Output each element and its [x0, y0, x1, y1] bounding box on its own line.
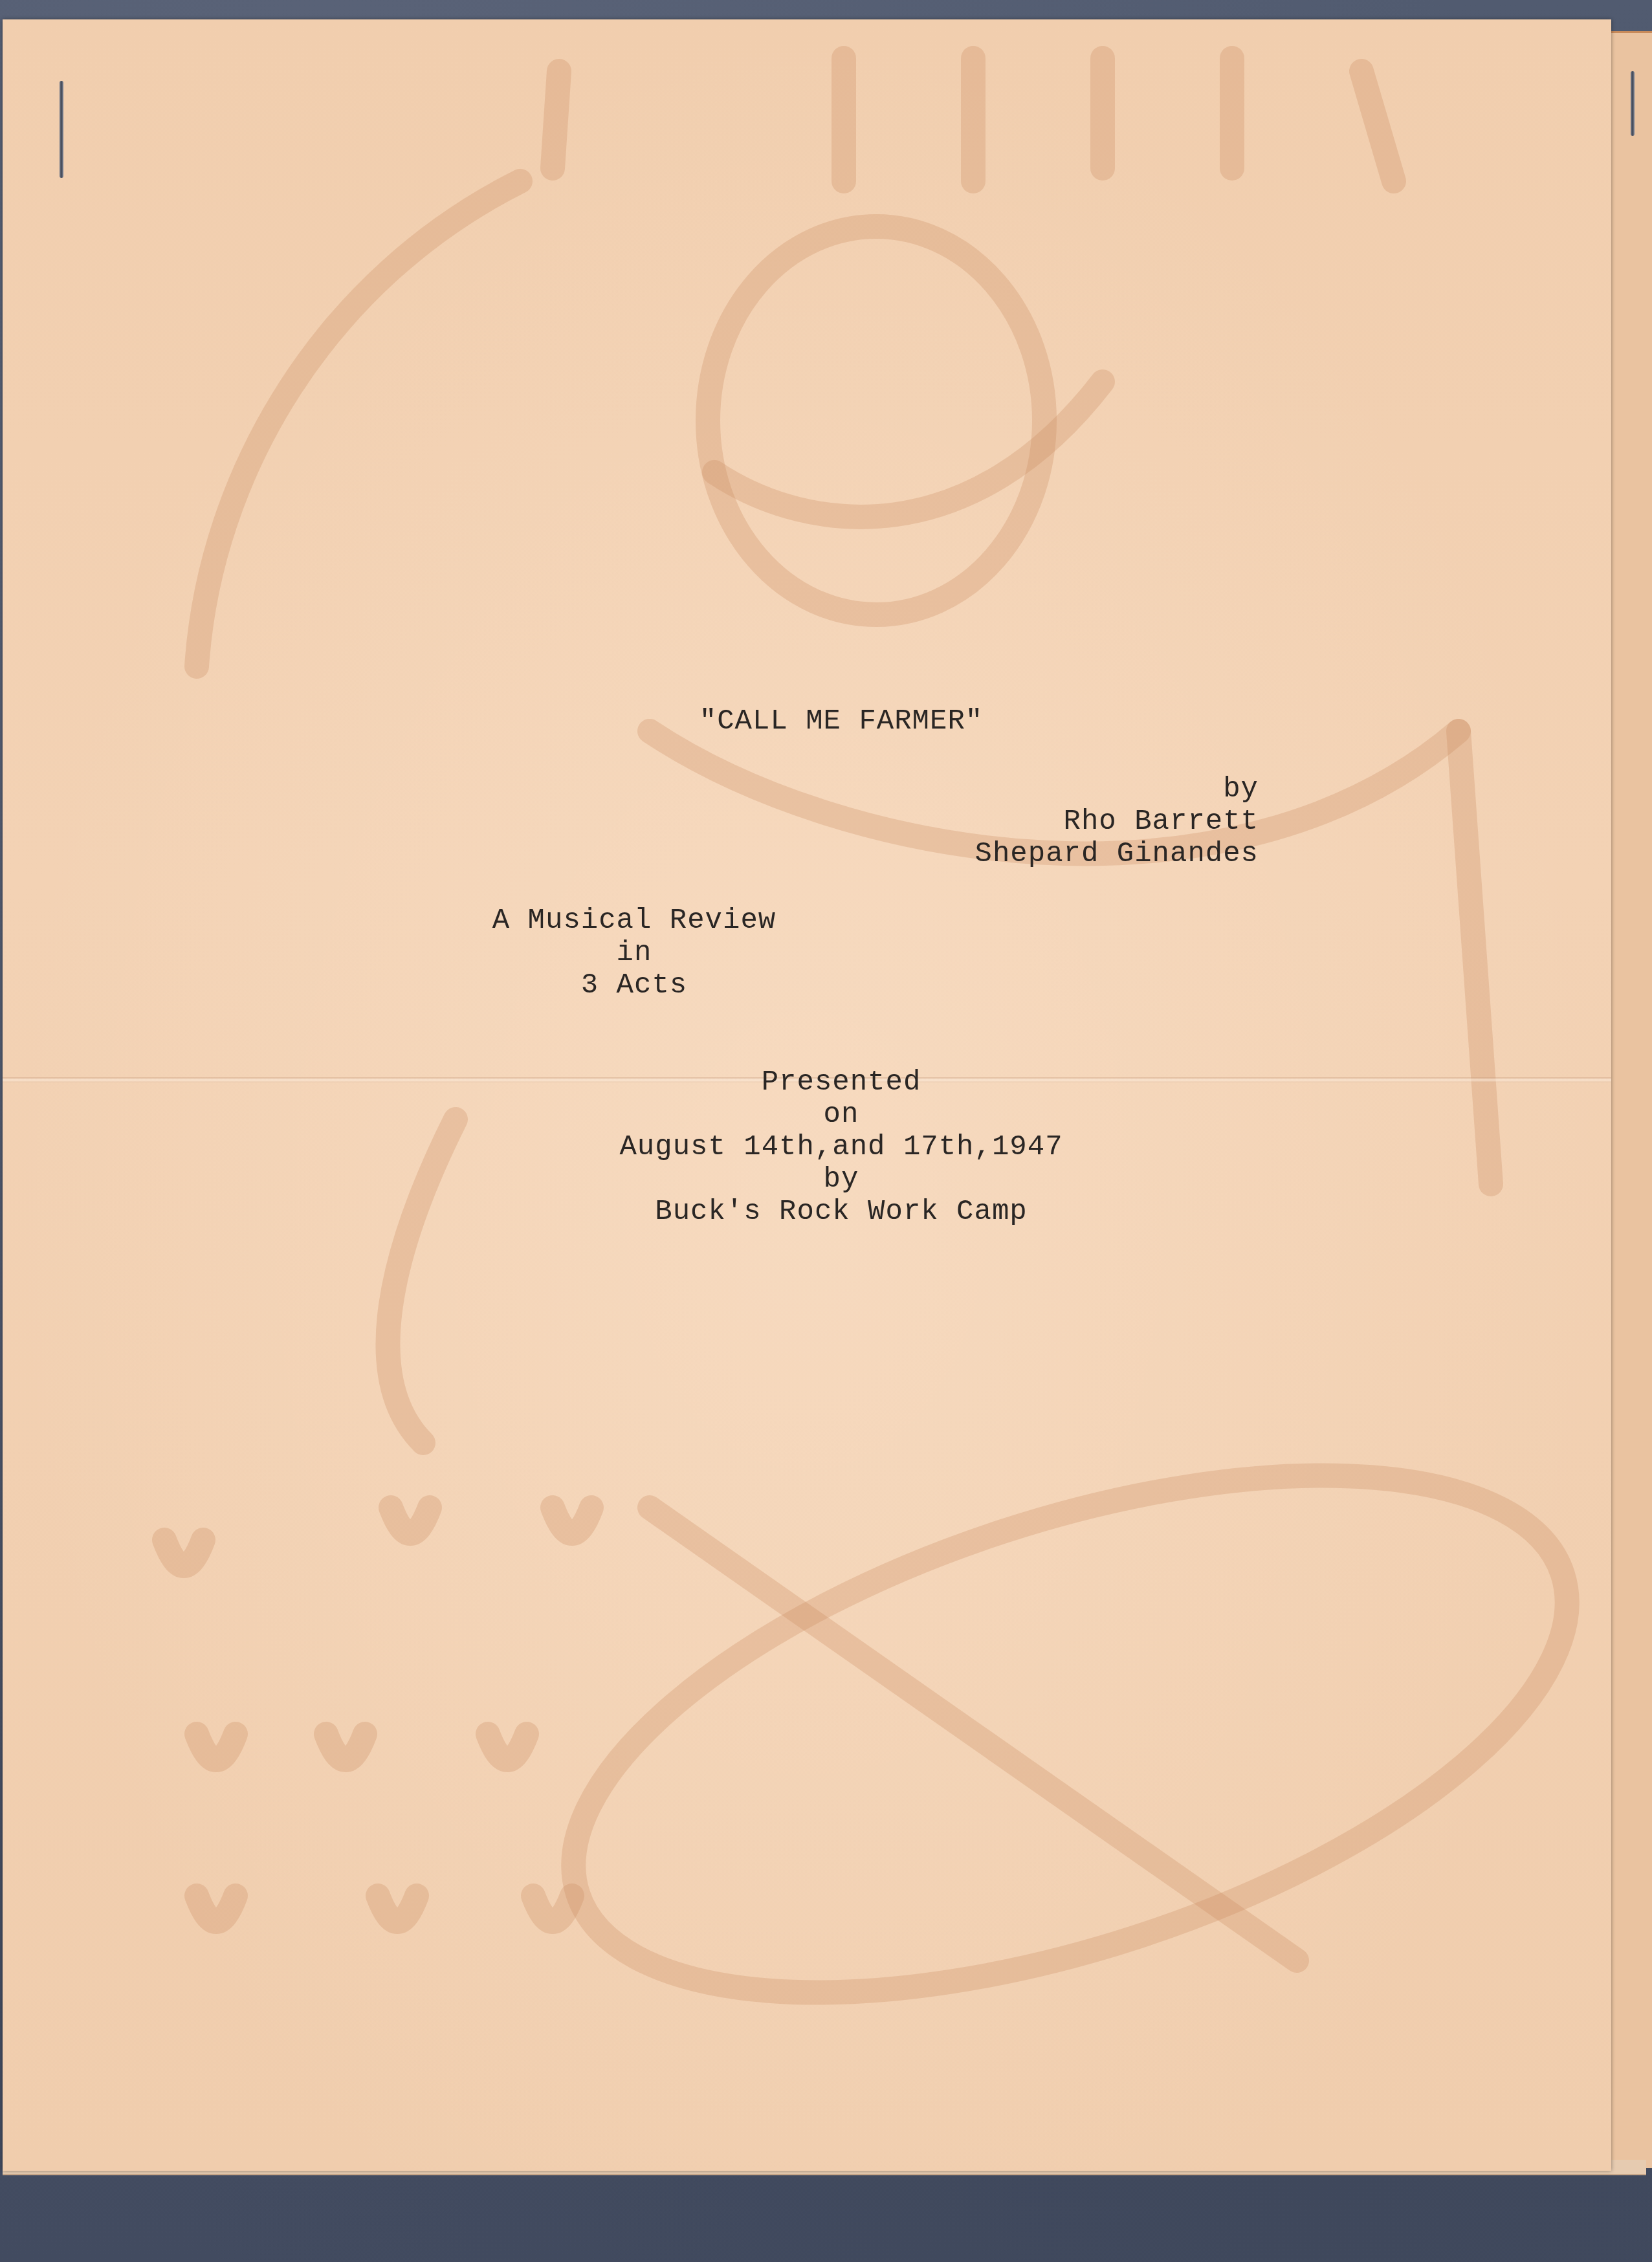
document-title: "CALL ME FARMER" [647, 705, 1035, 738]
genre-line-1: A Musical Review [453, 905, 815, 937]
staple-right [1631, 71, 1635, 136]
byline-by: by [874, 773, 1259, 806]
presented-label: Presented [582, 1066, 1100, 1099]
genre-line-2: in [453, 937, 815, 969]
presented-by: by [582, 1163, 1100, 1196]
staple-left [60, 81, 63, 178]
performance-dates: August 14th,and 17th,1947 [582, 1131, 1100, 1163]
presented-on: on [582, 1099, 1100, 1131]
presenter-name: Buck's Rock Work Camp [582, 1196, 1100, 1228]
author-1: Rho Barrett [874, 806, 1259, 838]
genre-line-3: 3 Acts [453, 969, 815, 1002]
author-2: Shepard Ginandes [874, 838, 1259, 870]
